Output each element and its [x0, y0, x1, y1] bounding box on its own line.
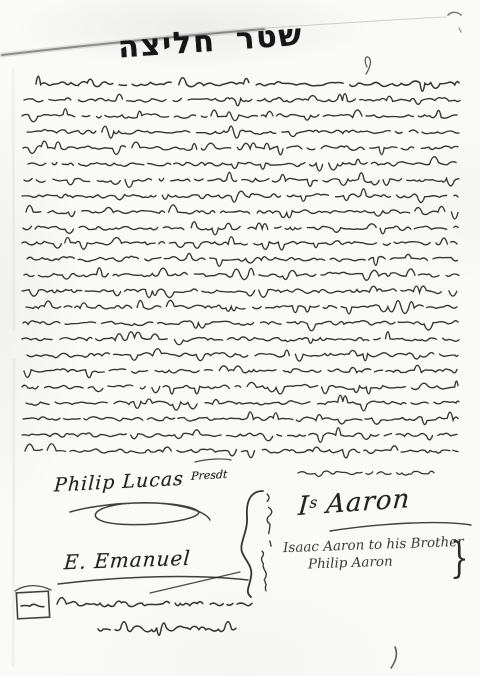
body-text-line [27, 349, 458, 362]
body-text-line [26, 205, 458, 219]
e-emanuel-name: E. Emanuel [63, 546, 191, 574]
emanuel-signature-underline [58, 577, 248, 584]
hebrew-attestation-line [57, 598, 252, 607]
body-text-line [22, 428, 457, 443]
boxed-hebrew-word [21, 604, 44, 606]
handwriting-layer [0, 0, 480, 676]
body-text-line [25, 444, 458, 458]
body-text-line [36, 76, 459, 91]
body-text-line [22, 332, 459, 345]
body-text-line [24, 365, 457, 377]
witness-signature-hebrew-rotated [261, 551, 268, 591]
body-text-line [23, 222, 458, 235]
hebrew-attestation-line [98, 622, 236, 636]
witness-brace [241, 491, 263, 597]
body-text-line [27, 126, 459, 138]
body-text-line [28, 157, 456, 171]
body-text-line [24, 94, 460, 106]
corner-ink-dot [459, 28, 461, 32]
body-text-line [24, 268, 459, 280]
body-text-line [22, 237, 457, 250]
bottom-ink-mark [391, 647, 396, 668]
body-word-emphasis-underline [195, 459, 231, 462]
stray-ink-mark [365, 57, 370, 74]
scanned-document-page: שטר חליצה Philip Lucas Presdt E. Emanuel… [0, 0, 480, 676]
witness-signature-hebrew-rotated [266, 494, 274, 547]
e-emanuel-signature: E. Emanuel [63, 546, 191, 574]
philip-lucas-title-suffix: Presdt [191, 468, 228, 483]
body-text-line [22, 381, 458, 394]
body-text-line [23, 412, 458, 425]
body-text-line [26, 395, 459, 411]
attribution-brace: } [450, 533, 469, 582]
body-text-line [23, 141, 458, 155]
left-edge-scan-streak [13, 360, 14, 665]
corner-ink-tick [448, 12, 461, 15]
body-text-line [22, 286, 457, 297]
body-text-line [23, 321, 458, 331]
isaac-aaron-superscript: s [309, 493, 318, 512]
isaac-aaron-surname: Aaron [325, 484, 411, 520]
body-text-line [27, 253, 457, 266]
left-edge-scan-streak [13, 70, 14, 330]
body-text-line [22, 189, 458, 203]
body-text-line [22, 109, 457, 122]
aaron-attribution-line-2: Philip Aaron [308, 554, 393, 573]
body-closing-line [298, 471, 434, 476]
emanuel-signature-cross-stroke [150, 572, 240, 593]
lucas-signature-flourish [70, 503, 210, 525]
attestation-box-flourish [15, 586, 51, 591]
body-text-line [24, 172, 459, 187]
body-text-line [26, 300, 457, 313]
aaron-signature-underline [330, 523, 471, 531]
